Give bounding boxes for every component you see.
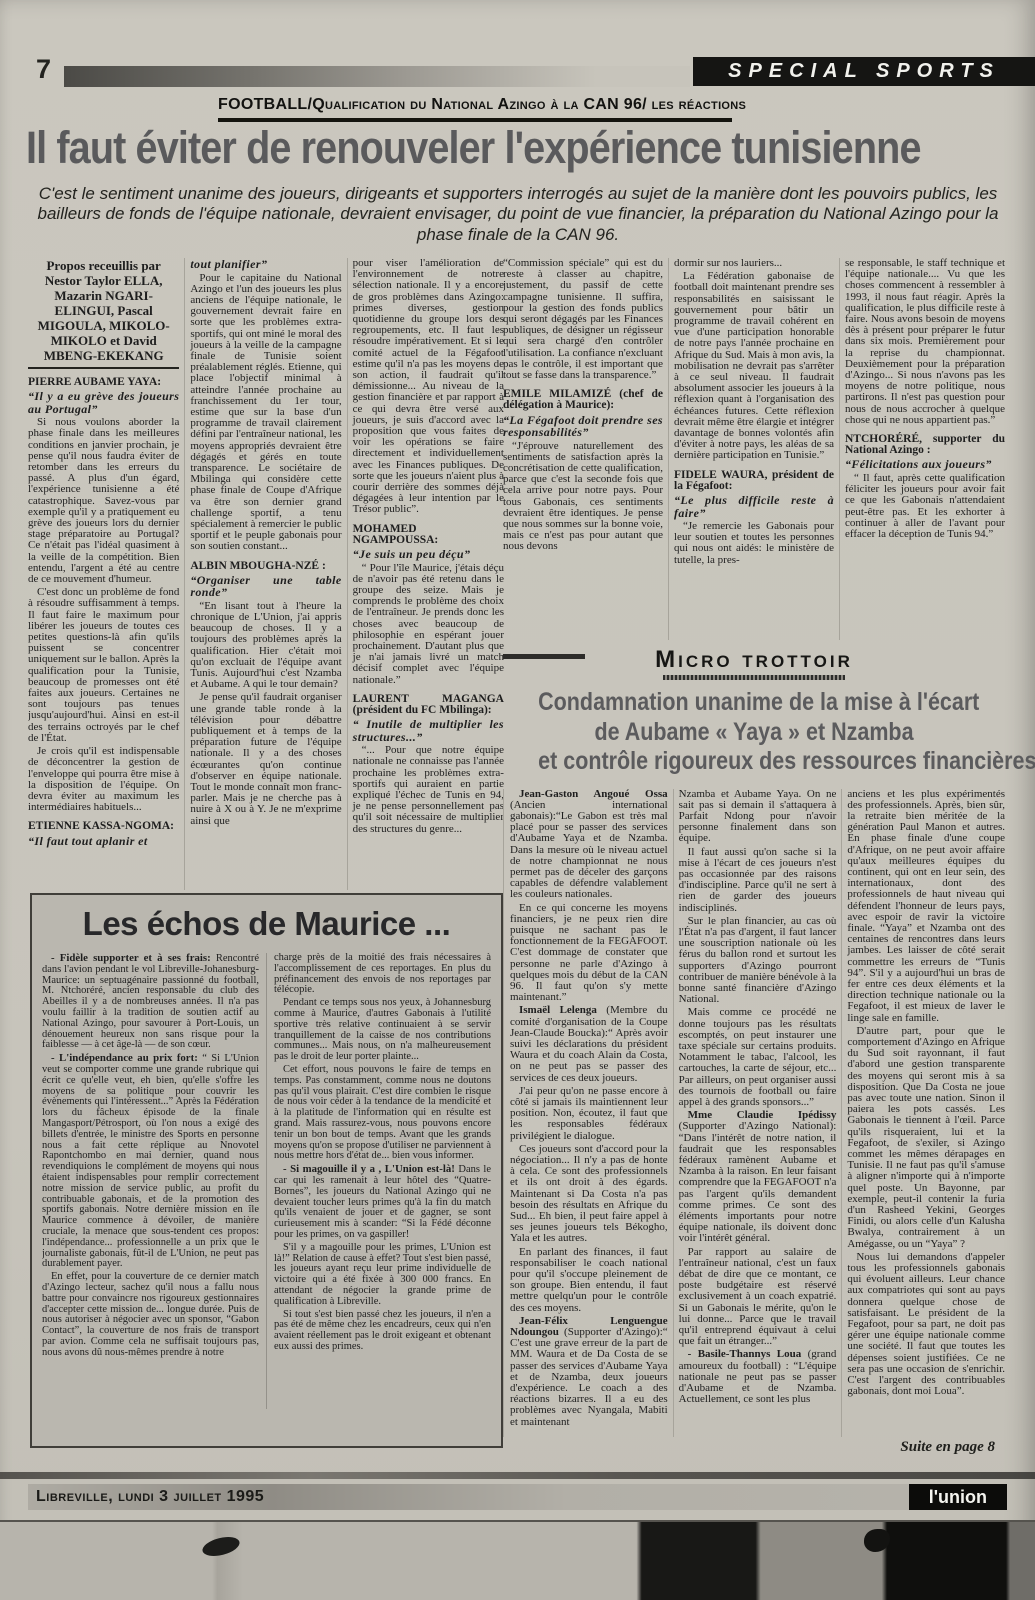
paragraph: Pour le capitaine du National Azingo et … bbox=[190, 273, 341, 553]
micro-columns: Jean-Gaston Angoué Ossa (Ancien internat… bbox=[503, 789, 1005, 1437]
echos-de-maurice-box: Les échos de Maurice ... - Fidèle suppor… bbox=[30, 893, 503, 1448]
article-column-3: pour viser l'amélioration de l'environne… bbox=[347, 258, 504, 890]
header-gradient-bar bbox=[64, 66, 690, 87]
paragraph: “ Pour l'île Maurice, j'étais déçu de n'… bbox=[353, 563, 504, 686]
paragraph: Nzamba et Aubame Yaya. On ne sait pas si… bbox=[679, 789, 837, 845]
paragraph: dormir sur nos lauriers... bbox=[674, 258, 834, 269]
micro-column-2: Nzamba et Aubame Yaya. On ne sait pas si… bbox=[673, 789, 842, 1437]
paragraph: “... Pour que notre équipe nationale ne … bbox=[353, 745, 504, 835]
paragraph: charge près de la moitié des frais néces… bbox=[274, 953, 491, 996]
micro-trottoir-underline bbox=[663, 675, 845, 680]
quote-title: “Je suis un peu déçu” bbox=[353, 548, 504, 561]
micro-trottoir-label: Micro trottoir bbox=[503, 646, 1005, 674]
continuation-notice: Suite en page 8 bbox=[503, 1439, 1005, 1456]
paragraph: C'est donc un problème de fond à résoudr… bbox=[28, 587, 179, 744]
echos-box-title: Les échos de Maurice ... bbox=[42, 905, 491, 943]
quote-title: “Organiser une table ronde” bbox=[190, 574, 341, 599]
deck: C'est le sentiment unanime des joueurs, … bbox=[24, 184, 1012, 245]
paragraph: Mais comme ce procédé ne donne toujours … bbox=[679, 1007, 837, 1108]
speaker-name: ALBIN MBOUGHA-NZÉ : bbox=[190, 561, 341, 572]
section-divider-rule bbox=[503, 654, 585, 659]
speaker-name: LAURENT MAGANGA (président du FC Mbiling… bbox=[353, 694, 504, 716]
paragraph: En parlant des finances, il faut respons… bbox=[510, 1247, 668, 1314]
paragraph: “J'éprouve naturellement des sentiments … bbox=[503, 441, 663, 553]
paragraph: “ Il faut, après cette qualification fél… bbox=[845, 473, 1005, 540]
paragraph: “Commission spéciale” qui est du reste à… bbox=[503, 258, 663, 381]
main-headline: Il faut éviter de renouveler l'expérienc… bbox=[26, 122, 1021, 174]
echos-box-columns: - Fidèle supporter et à ses frais: Renco… bbox=[42, 953, 491, 1409]
paragraph: Si nous voulons aborder la phase finale … bbox=[28, 417, 179, 585]
micro-headline-line: et contrôle rigoureux des ressources fin… bbox=[538, 747, 970, 777]
paragraph: Cet effort, nous pouvons le faire de tem… bbox=[274, 1065, 491, 1162]
article-column-6: se responsable, le staff technique et l'… bbox=[839, 258, 1005, 640]
echos-column-1: - Fidèle supporter et à ses frais: Renco… bbox=[42, 953, 266, 1409]
paragraph: - L'indépendance au prix fort: “ Si L'Un… bbox=[42, 1053, 259, 1270]
paragraph: Ces joueurs sont d'accord pour la négoci… bbox=[510, 1144, 668, 1245]
article-columns-left: Propos receuillis par Nestor Taylor ELLA… bbox=[28, 258, 504, 890]
article-column-2: tout planifier”Pour le capitaine du Nati… bbox=[184, 258, 346, 890]
speaker-name: FIDELE WAURA, président de la Fégafoot: bbox=[674, 470, 834, 492]
speaker-name: EMILE MILAMIZÉ (chef de délégation à Mau… bbox=[503, 389, 663, 411]
micro-headline-line: Condamnation unanime de la mise à l'écar… bbox=[538, 688, 970, 718]
footer-top-rule bbox=[0, 1472, 1035, 1479]
paragraph: Pendant ce temps sous nos yeux, à Johann… bbox=[274, 998, 491, 1063]
paragraph: - Basile-Thannys Loua (grand amoureux du… bbox=[679, 1349, 837, 1405]
speaker-name: MOHAMED NGAMPOUSSA: bbox=[353, 524, 504, 546]
quote-title: tout planifier” bbox=[190, 258, 341, 271]
paragraph: Propos receuillis par Nestor Taylor ELLA… bbox=[28, 258, 179, 363]
paragraph: Ismaël Lelenga (Membre du comité d'organ… bbox=[510, 1005, 668, 1083]
paragraph: Je crois qu'il est indispensable de déco… bbox=[28, 746, 179, 813]
micro-column-1: Jean-Gaston Angoué Ossa (Ancien internat… bbox=[503, 789, 673, 1437]
paragraph: “En lisant tout à l'heure la chronique d… bbox=[190, 601, 341, 691]
article-column-4: “Commission spéciale” qui est du reste à… bbox=[503, 258, 668, 640]
paragraph: Par rapport au salaire de l'entraîneur n… bbox=[679, 1247, 837, 1348]
article-column-5: dormir sur nos lauriers...La Fédération … bbox=[668, 258, 839, 640]
paragraph: Mme Claudie Ipédissy (Supporter d'Azingo… bbox=[679, 1110, 837, 1244]
paragraph: D'autre part, pour que le comportement d… bbox=[847, 1026, 1005, 1250]
speaker-name: PIERRE AUBAME YAYA: bbox=[28, 377, 179, 388]
paragraph: En ce qui concerne les moyens financiers… bbox=[510, 903, 668, 1004]
paragraph: Nous lui demandons d'appeler tous les pr… bbox=[847, 1252, 1005, 1398]
paragraph: Je pense qu'il faudrait organiser une gr… bbox=[190, 692, 341, 826]
paragraph: La Fédération gabonaise de football doit… bbox=[674, 271, 834, 461]
paragraph: Si tout s'est bien passé chez les joueur… bbox=[274, 1310, 491, 1353]
paragraph: Jean-Félix Lenguengue Ndoungou (Supporte… bbox=[510, 1316, 668, 1428]
quote-title: “La Fégafoot doit prendre ses responsabi… bbox=[503, 414, 663, 439]
footer-bar: Libreville, lundi 3 juillet 1995 l'union bbox=[28, 1484, 1007, 1510]
quote-title: “Il y a eu grève des joueurs au Portugal… bbox=[28, 390, 179, 415]
paragraph: J'ai peur qu'on ne passe encore à côté s… bbox=[510, 1086, 668, 1142]
paragraph: S'il y a magouille pour les primes, L'Un… bbox=[274, 1243, 491, 1308]
paragraph: - Fidèle supporter et à ses frais: Renco… bbox=[42, 953, 259, 1051]
article-columns-right: “Commission spéciale” qui est du reste à… bbox=[503, 258, 1005, 640]
quote-title: “Félicitations aux joueurs” bbox=[845, 458, 1005, 471]
kicker: FOOTBALL/Qualification du National Azing… bbox=[218, 96, 918, 114]
paragraph: Il faut aussi qu'on sache si la mise à l… bbox=[679, 847, 837, 914]
paragraph: “Je remercie les Gabonais pour leur sout… bbox=[674, 521, 834, 566]
speaker-name: ETIENNE KASSA-NGOMA: bbox=[28, 821, 179, 832]
paragraph: Sur le plan financier, au cas où l'État … bbox=[679, 916, 837, 1006]
paragraph: En effet, pour la couverture de ce derni… bbox=[42, 1272, 259, 1358]
paragraph: anciens et les plus expérimentés des pro… bbox=[847, 789, 1005, 1024]
masthead-logo: l'union bbox=[909, 1484, 1007, 1510]
quote-title: “ Inutile de multiplier les structures..… bbox=[353, 718, 504, 743]
micro-headline: Condamnation unanime de la mise à l'écar… bbox=[503, 688, 1005, 777]
footer-date: Libreville, lundi 3 juillet 1995 bbox=[28, 1488, 264, 1506]
paragraph: se responsable, le staff technique et l'… bbox=[845, 258, 1005, 426]
page-number: 7 bbox=[36, 54, 51, 85]
echos-column-2: charge près de la moitié des frais néces… bbox=[266, 953, 491, 1409]
newspaper-page: 7 SPECIAL SPORTS FOOTBALL/Qualification … bbox=[0, 0, 1035, 1600]
article-column-1: Propos receuillis par Nestor Taylor ELLA… bbox=[28, 258, 184, 890]
micro-headline-line: de Aubame « Yaya » et Nzamba bbox=[538, 718, 970, 748]
byline-rule bbox=[28, 367, 179, 369]
speaker-name: NTCHORÉRÉ, supporter du National Azingo … bbox=[845, 434, 1005, 456]
paragraph: - Si magouille il y a , L'Union est-là! … bbox=[274, 1164, 491, 1241]
section-banner: SPECIAL SPORTS bbox=[693, 57, 1035, 86]
paragraph: pour viser l'amélioration de l'environne… bbox=[353, 258, 504, 516]
paragraph: Jean-Gaston Angoué Ossa (Ancien internat… bbox=[510, 789, 668, 901]
quote-title: “Il faut tout aplanir et bbox=[28, 835, 179, 848]
quote-title: “Le plus difficile reste à faire” bbox=[674, 494, 834, 519]
micro-column-3: anciens et les plus expérimentés des pro… bbox=[841, 789, 1005, 1437]
micro-trottoir-section: Micro trottoir Condamnation unanime de l… bbox=[503, 646, 1005, 1456]
